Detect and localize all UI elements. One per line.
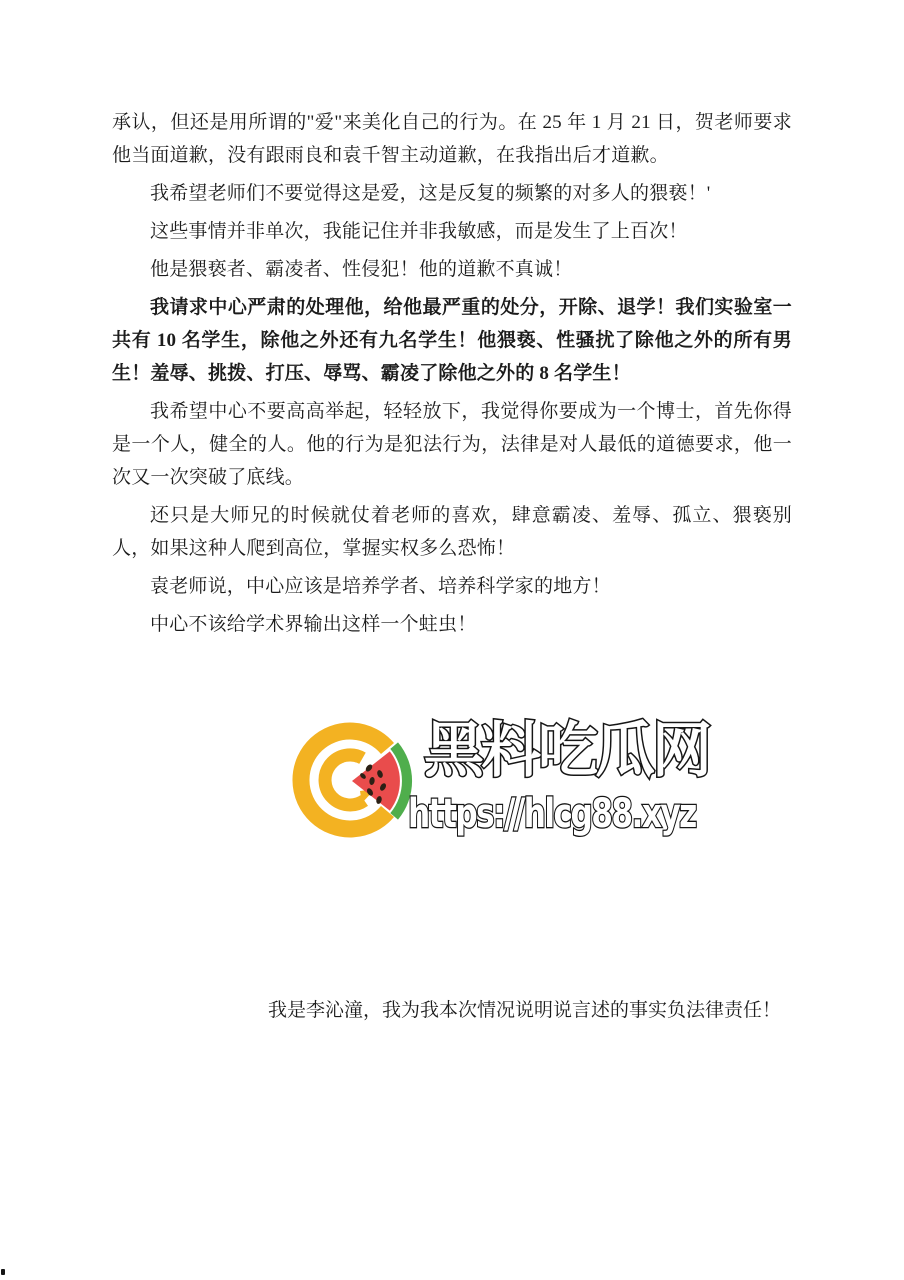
paragraph: 袁老师说，中心应该是培养学者、培养科学家的地方！: [112, 570, 792, 603]
paragraph: 他是猥亵者、霸凌者、性侵犯！他的道歉不真诚！: [112, 253, 792, 286]
emphasis-paragraph: 我请求中心严肃的处理他，给他最严重的处分，开除、退学！我们实验室一共有 10 名…: [112, 291, 792, 390]
site-watermark: 黑料吃瓜网 https://hlcg88.xyz: [286, 710, 746, 860]
paragraph: 这些事情并非单次，我能记住并非我敏感，而是发生了上百次！: [112, 215, 792, 248]
watermark-site-url: https://hlcg88.xyz: [408, 792, 696, 836]
document-page: 承认，但还是用所谓的"爱"来美化自己的行为。在 25 年 1 月 21 日，贺老…: [0, 0, 904, 1280]
paragraph: 承认，但还是用所谓的"爱"来美化自己的行为。在 25 年 1 月 21 日，贺老…: [112, 106, 792, 172]
document-body: 承认，但还是用所谓的"爱"来美化自己的行为。在 25 年 1 月 21 日，贺老…: [112, 106, 792, 646]
paragraph: 我希望中心不要高高举起，轻轻放下，我觉得你要成为一个博士，首先你得是一个人，健全…: [112, 395, 792, 494]
paragraph: 我希望老师们不要觉得这是爱，这是反复的频繁的对多人的猥亵！': [112, 177, 792, 210]
watermark-site-name: 黑料吃瓜网: [424, 718, 709, 784]
paragraph: 中心不该给学术界输出这样一个蛀虫！: [112, 608, 792, 641]
watermelon-logo-icon: [286, 710, 426, 850]
stray-dot-artifact: [1, 1269, 5, 1275]
legal-responsibility-line: 我是李沁潼，我为我本次情况说明说言述的事实负法律责任！: [268, 996, 781, 1026]
paragraph: 还只是大师兄的时候就仗着老师的喜欢，肆意霸凌、羞辱、孤立、猥亵别人，如果这种人爬…: [112, 499, 792, 565]
